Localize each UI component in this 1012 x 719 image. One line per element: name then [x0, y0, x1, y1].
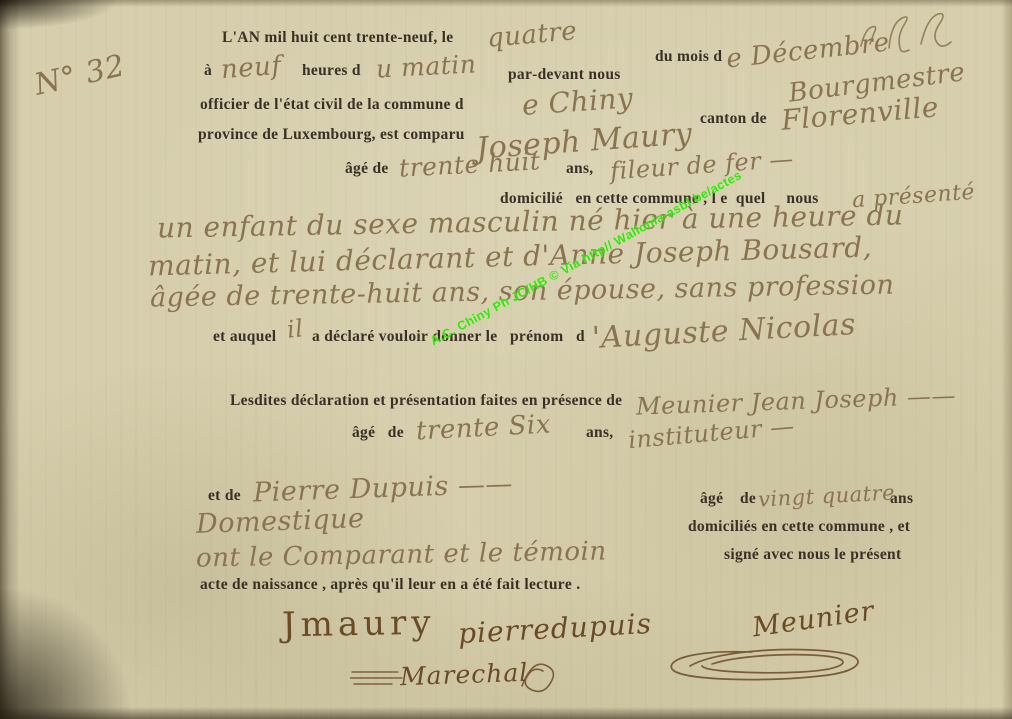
printed-reading-line: acte de naissance , après qu'il leur en … [200, 576, 580, 594]
hw-witness2-name: Pierre Dupuis —— [253, 468, 514, 508]
signature-spiral-flourish-icon [516, 656, 572, 704]
printed-province-line: province de Luxembourg, est comparu [198, 126, 465, 144]
hw-hour: neuf [220, 51, 282, 85]
printed-and-to-whom: et auquel [213, 328, 276, 346]
signature-flourish-icon [660, 636, 875, 688]
act-number: N° 32 [31, 48, 128, 103]
hw-witness1-age: trente Six [415, 409, 551, 446]
hw-commune: e Chiny [521, 81, 634, 122]
printed-age-label-3: âgé de [700, 490, 756, 508]
hw-declarant-age: trente huit [398, 146, 541, 182]
printed-month-label: du mois d [655, 48, 722, 66]
printed-years-label-3: ans [890, 490, 913, 508]
printed-and-of: et de [208, 487, 241, 505]
printed-officer-commune: officier de l'état civil de la commune d [200, 96, 464, 114]
printed-before-us: par-devant nous [508, 66, 621, 84]
scan-edge-bottom [0, 707, 1012, 719]
paraph-flourish-icon [845, 6, 960, 64]
printed-year-line: L'AN mil huit cent trente-neuf, le [222, 29, 453, 47]
signature-witness2: pierredupuis [457, 607, 652, 650]
scan-corner-top-left [0, 0, 120, 30]
scan-corner-bottom-left [0, 589, 130, 719]
hw-witness2-occupation: Domestique [196, 503, 365, 540]
printed-domiciled-line: domiciliés en cette commune , et [688, 518, 910, 536]
hw-witness1-name: Meunier Jean Joseph —— [636, 381, 957, 420]
signature-officer: Marechal [400, 658, 529, 691]
printed-declarations-line: Lesdites déclaration et présentation fai… [230, 392, 622, 410]
printed-hours-label: heures d [302, 62, 361, 80]
hw-closing-phrase: ont le Comparant et le témoin [196, 536, 607, 573]
printed-age-label-1: âgé de [345, 160, 389, 178]
signature-dash-strokes-icon [350, 662, 406, 692]
hw-pronoun: il [286, 314, 305, 344]
printed-signed-line: signé avec nous le présent [724, 546, 901, 564]
signature-declarant: Jmaury [282, 603, 436, 646]
hw-child-name: 'Auguste Nicolas [591, 307, 857, 356]
printed-canton-label: canton de [700, 110, 767, 128]
printed-age-label-2: âgé de [352, 424, 404, 442]
scan-edge-right [1001, 0, 1012, 719]
hw-hour-suffix: u matin [375, 49, 477, 83]
printed-at-label: à [204, 62, 212, 80]
printed-years-label-2: ans, [586, 424, 613, 442]
hw-day: quatre [486, 16, 578, 54]
scanned-birth-record: N° 32 L'AN mil huit cent trente-neuf, le… [0, 0, 1012, 719]
hw-witness2-age: vingt quatre [757, 480, 895, 511]
printed-years-label-1: ans, [566, 160, 593, 178]
